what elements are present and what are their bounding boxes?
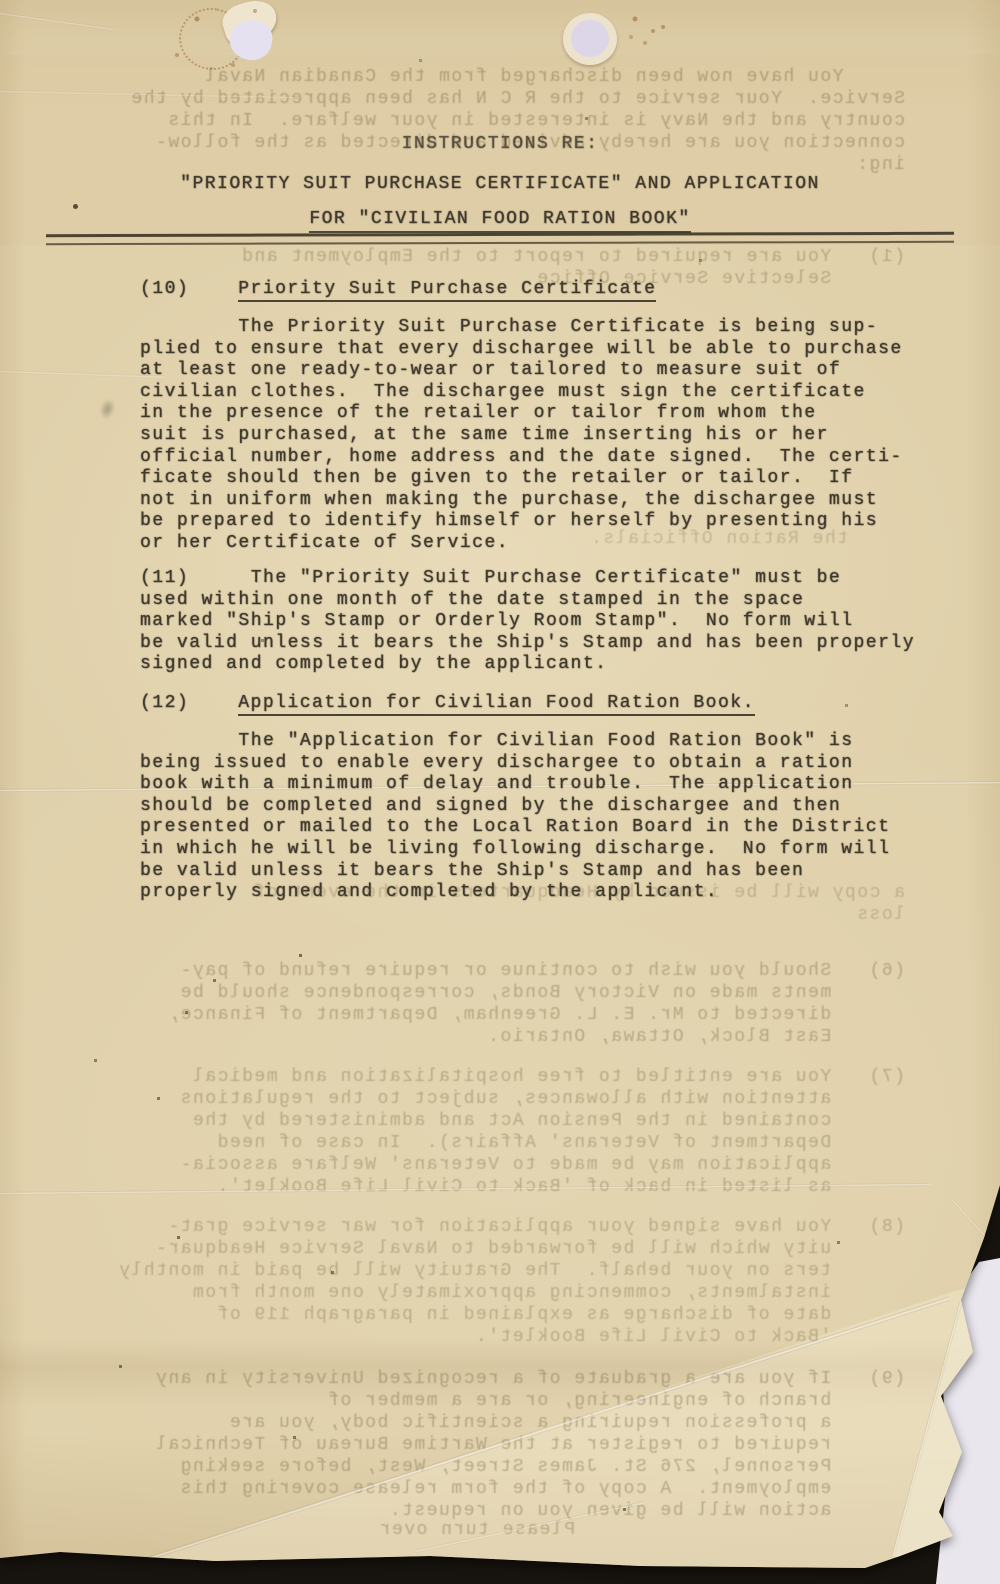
- bleedthrough-item-9: (9) If you are a graduate of a recognize…: [95, 1368, 905, 1522]
- double-rule-divider: [46, 232, 954, 245]
- text-line: Service. Your service to the R C N has b…: [95, 88, 905, 110]
- text-line: The Priority Suit Purchase Certificate i…: [140, 317, 903, 339]
- text-line: (6) Should you wish to continue or requi…: [95, 960, 905, 982]
- text-line: application may be made to Veterans' Wel…: [95, 1154, 905, 1176]
- text-line: civilian clothes. The dischargee must si…: [140, 382, 903, 404]
- section-10-heading: (10)Priority Suit Purchase Certificate: [140, 279, 656, 301]
- text-line: required to register at the Wartime Bure…: [95, 1434, 905, 1456]
- text-line: in the presence of the retailer or tailo…: [140, 403, 903, 425]
- section-10-number: (10): [140, 279, 189, 299]
- paper-sheet-wrap: You have now been discharged from the Ca…: [0, 0, 1000, 1584]
- text-line: (9) If you are a graduate of a recognize…: [95, 1368, 905, 1390]
- text-line: (7) You are entitled to free hospitaliza…: [95, 1066, 905, 1088]
- document-title-line-2: "PRIORITY SUIT PURCHASE CERTIFICATE" AND…: [0, 174, 1000, 196]
- text-line: ters on your behalf. The Gratuity will b…: [95, 1260, 905, 1282]
- section-12-heading: (12)Application for Civilian Food Ration…: [140, 693, 755, 715]
- section-10-heading-text: Priority Suit Purchase Certificate: [238, 279, 656, 302]
- section-11-paragraph: (11) The "Priority Suit Purchase Certifi…: [140, 568, 915, 676]
- bleedthrough-item-8: (8) You have signed your application for…: [95, 1216, 905, 1348]
- scanned-document-page: You have now been discharged from the Ca…: [0, 0, 1000, 1584]
- text-line: book with a minimum of delay and trouble…: [140, 774, 890, 796]
- text-line: not in uniform when making the purchase,…: [140, 490, 903, 512]
- text-line: being issued to enable every dischargee …: [140, 753, 890, 775]
- hole-punch-opening: [571, 20, 609, 57]
- text-line: be valid unless it bears the Ship's Stam…: [140, 861, 890, 883]
- text-line: branch of engineering, or are a member o…: [95, 1390, 905, 1412]
- bleedthrough-item-7: (7) You are entitled to free hospitaliza…: [95, 1066, 905, 1198]
- text-line: a profession requiring a scientific body…: [95, 1412, 905, 1434]
- text-line: (1) You are required to report to the Em…: [95, 246, 905, 268]
- text-line: be valid unless it bears the Ship's Stam…: [140, 633, 915, 655]
- text-line: Department of Veterans' Affairs). In cas…: [95, 1132, 905, 1154]
- text-line: date of discharge as explained in paragr…: [95, 1304, 905, 1326]
- paper-sheet: You have now been discharged from the Ca…: [0, 0, 1000, 1584]
- document-title-line-1: INSTRUCTIONS RE:: [0, 134, 1000, 156]
- gray-smudge: [97, 396, 119, 422]
- text-line: plied to ensure that every dischargee wi…: [140, 339, 903, 361]
- title-underlined-text: FOR "CIVILIAN FOOD RATION BOOK": [309, 209, 690, 233]
- text-line: (11) The "Priority Suit Purchase Certifi…: [140, 568, 915, 590]
- text-line: be prepared to identify himself or herse…: [140, 511, 903, 533]
- text-line: ficate should then be given to the retai…: [140, 468, 903, 490]
- text-line: properly signed and completed by the app…: [140, 882, 890, 904]
- dirt-speckles: [0, 0, 1, 1]
- text-line: East Block, Ottawa, Ontario.: [95, 1026, 905, 1048]
- text-line: used within one month of the date stampe…: [140, 590, 915, 612]
- hole-punch-left: [175, 0, 305, 90]
- text-line: suit is purchased, at the same time inse…: [140, 425, 903, 447]
- text-line: country and the Navy is interested in yo…: [95, 110, 905, 132]
- text-line: The "Application for Civilian Food Ratio…: [140, 731, 890, 753]
- text-line: presented or mailed to the Local Ration …: [140, 817, 890, 839]
- text-line: directed to Mr. E. L. Greenham, Departme…: [95, 1004, 905, 1026]
- section-12-paragraph: The "Application for Civilian Food Ratio…: [140, 731, 890, 904]
- hole-punch-right: [555, 8, 675, 83]
- text-line: (8) You have signed your application for…: [95, 1216, 905, 1238]
- text-line: Please turn over: [330, 1519, 575, 1541]
- text-line: signed and completed by the applicant.: [140, 654, 915, 676]
- section-10-paragraph: The Priority Suit Purchase Certificate i…: [140, 317, 903, 555]
- text-line: uity which will be forwarded to Naval Se…: [95, 1238, 905, 1260]
- crease-right-edge: [951, 1198, 992, 1243]
- text-line: should be completed and signed by the di…: [140, 796, 890, 818]
- text-line: at least one ready-to-wear or tailored t…: [140, 360, 903, 382]
- crease-top-left: [0, 12, 114, 31]
- document-title-line-3: FOR "CIVILIAN FOOD RATION BOOK": [0, 209, 1000, 231]
- text-line: marked "Ship's Stamp or Orderly Room Sta…: [140, 611, 915, 633]
- text-line: contained in the Pension Act and adminis…: [95, 1110, 905, 1132]
- ink-dot-left-margin: [73, 204, 78, 209]
- text-line: as listed in back of 'Back to Civil Life…: [95, 1176, 905, 1198]
- text-line: ments made on Victory Bonds, corresponde…: [95, 982, 905, 1004]
- text-line: official number, home address and the da…: [140, 447, 903, 469]
- text-line: in which he will be living following dis…: [140, 839, 890, 861]
- bleedthrough-item-6: (6) Should you wish to continue or requi…: [95, 960, 905, 1048]
- text-line: Personnel, 276 St. James Street, West, b…: [95, 1456, 905, 1478]
- text-line: instalments, commencing approximately on…: [95, 1282, 905, 1304]
- bleedthrough-please-turn-over: Please turn over: [330, 1519, 575, 1541]
- text-line: ing:: [95, 154, 905, 176]
- text-line: attention with allowances, subject to th…: [95, 1088, 905, 1110]
- text-line: 'Back to Civil Life Booklet'.: [95, 1326, 905, 1348]
- text-line: employment. A copy of the form release c…: [95, 1478, 905, 1500]
- section-12-number: (12): [140, 693, 189, 713]
- text-line: loss: [95, 904, 905, 926]
- section-12-heading-text: Application for Civilian Food Ration Boo…: [238, 693, 755, 716]
- text-line: or her Certificate of Service.: [140, 533, 903, 555]
